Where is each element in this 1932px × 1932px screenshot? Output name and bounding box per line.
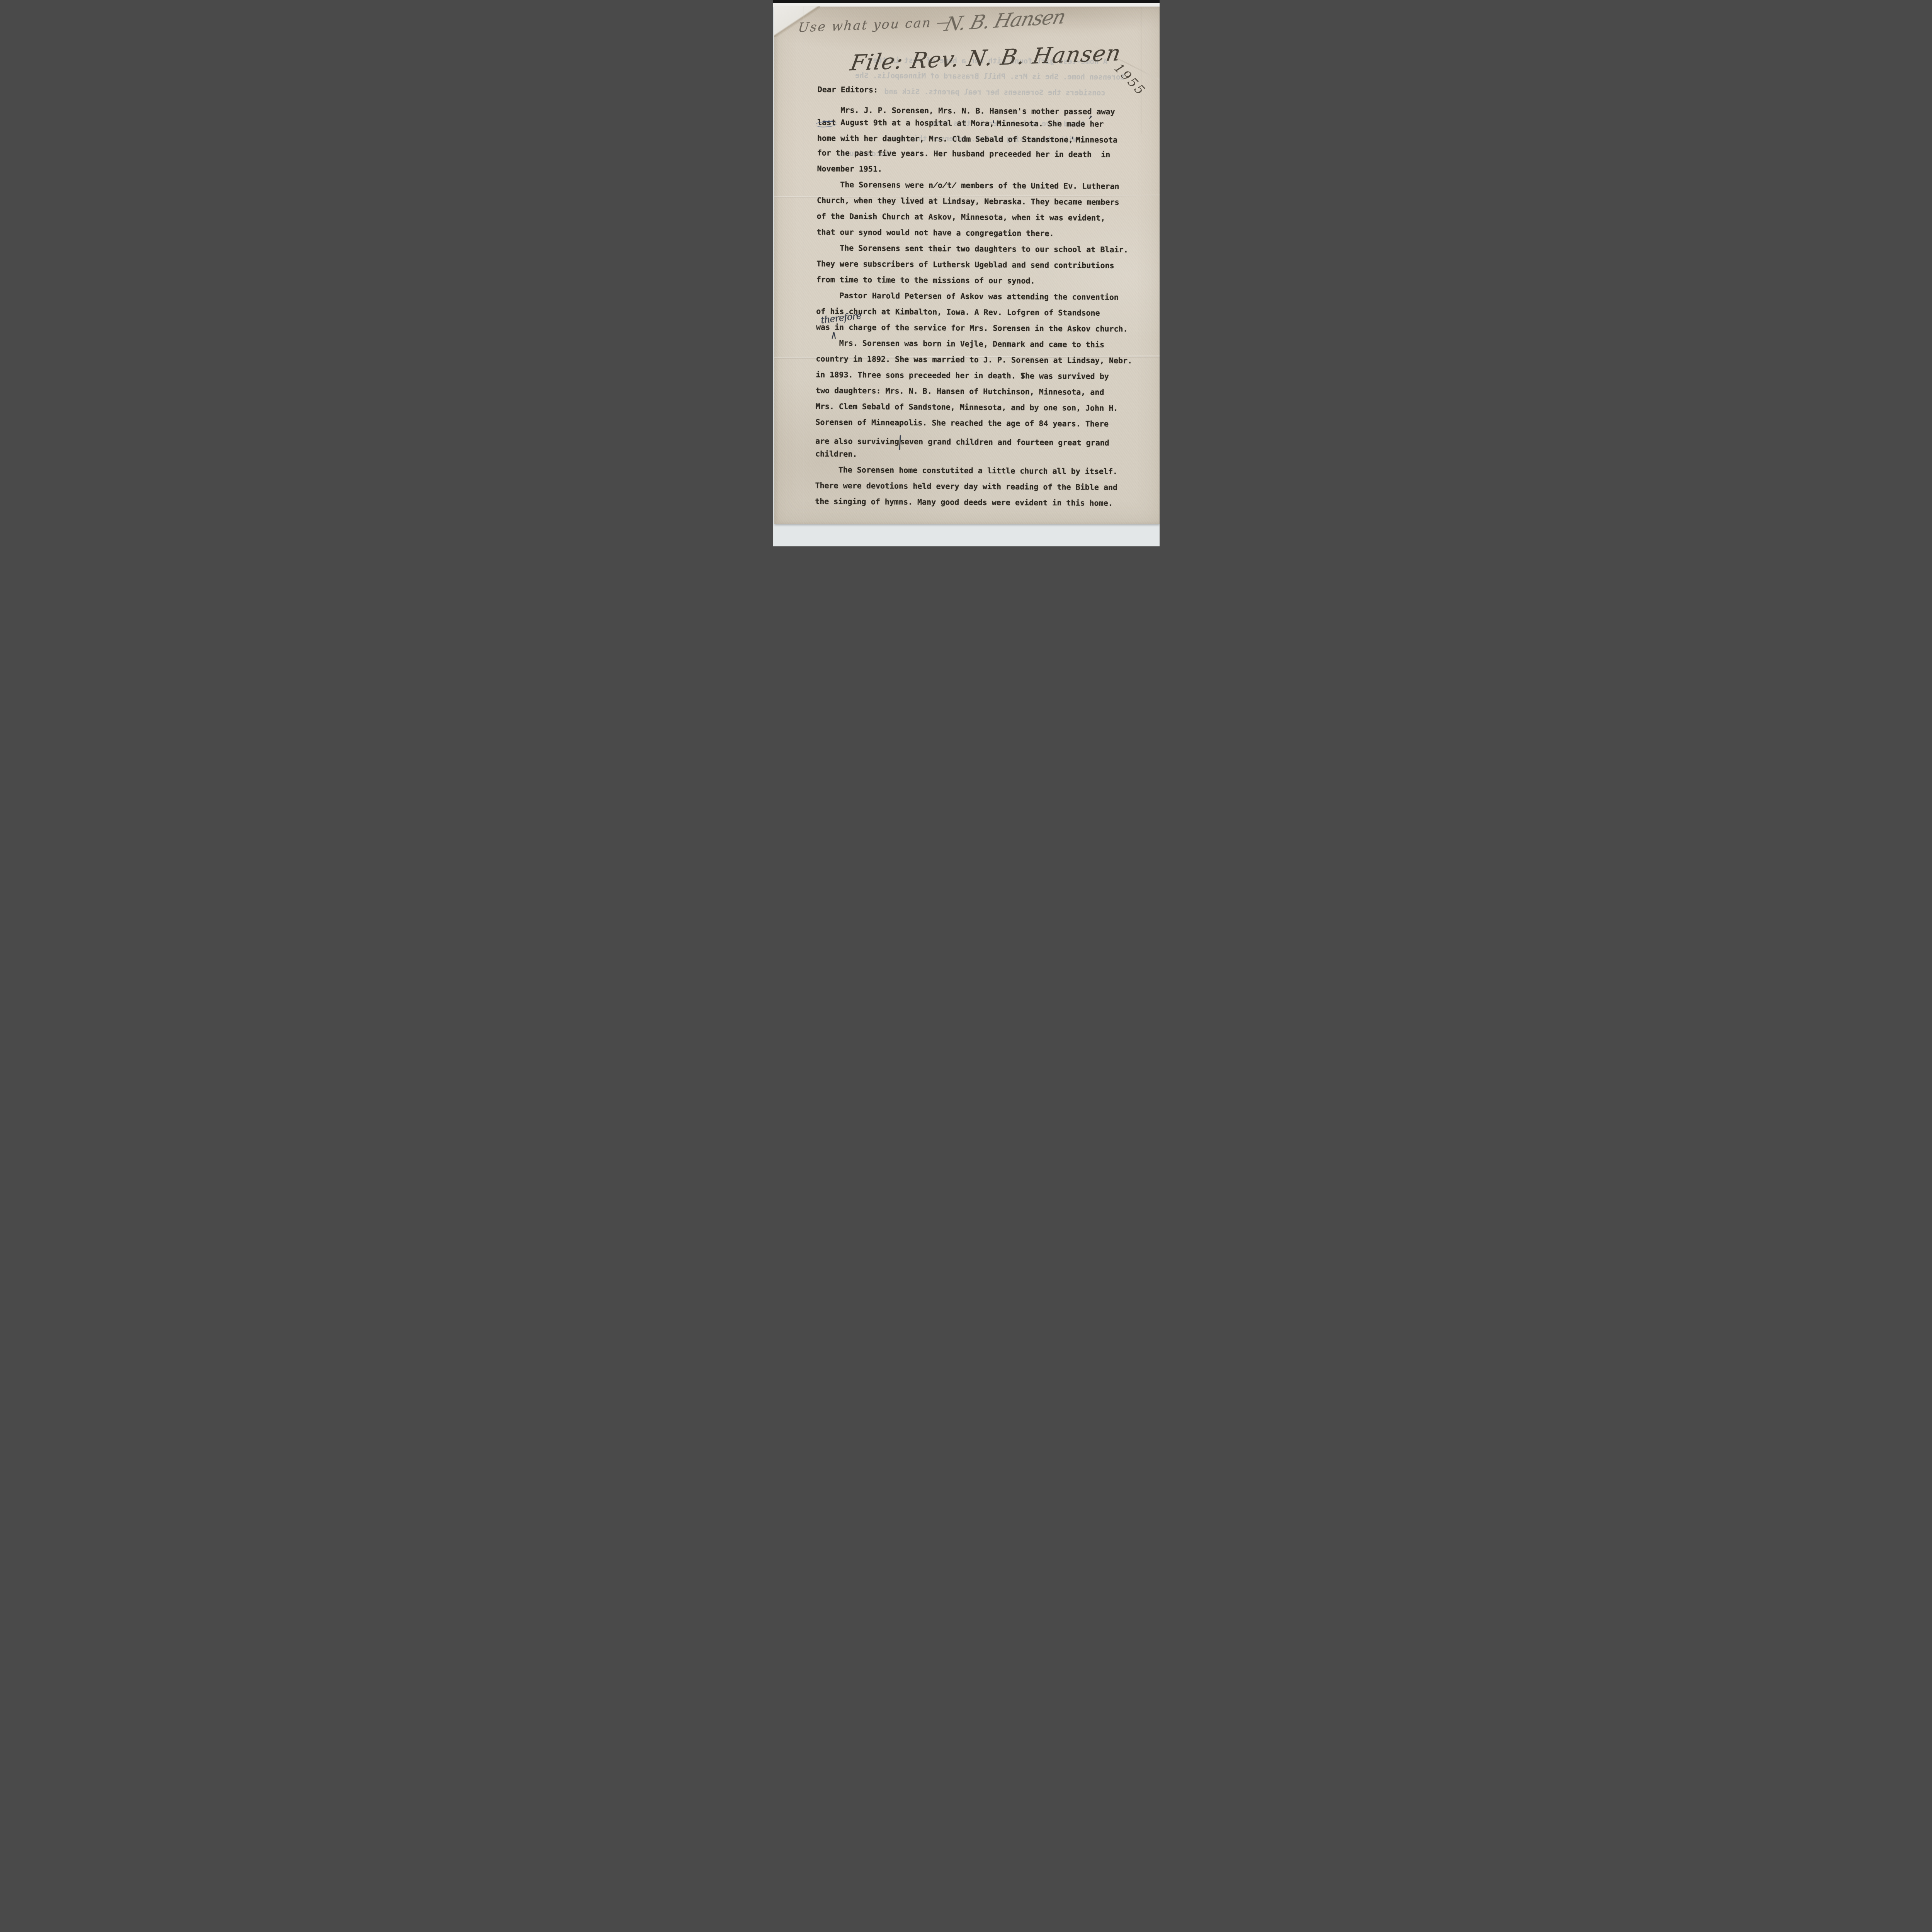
typed-text: for the past five years. Her husband pre… (817, 148, 1110, 159)
typed-line: Mrs. Clem Sebald of Sandstone, Minnesota… (815, 401, 1140, 419)
typed-text: Sorensen of Minneapolis. She reached the… (815, 417, 1109, 429)
letter-paper: A home-less girl found with her a home o… (774, 7, 1160, 524)
typed-text: Minnesota (1071, 135, 1117, 145)
typed-text: members of the United Ev. Lutheran (956, 181, 1119, 191)
typed-text: home with her daughter, Mrs. Cldm Sebald… (817, 133, 1073, 144)
typed-text: The Sorensens sent their two daughters t… (840, 243, 1128, 255)
typed-line: Church, when they lived at Lindsay, Nebr… (816, 196, 1141, 213)
pen-annotation: last (817, 117, 836, 127)
typed-text: The Sorensens were (840, 180, 929, 190)
typed-text: Pastor Harold Petersen of Askov was atte… (839, 291, 1119, 302)
typed-line: Dear Editors: (817, 85, 1142, 102)
typed-text: Dear Editors: (817, 85, 878, 94)
pen-annotation: ' (992, 119, 995, 129)
typed-text: away (1092, 107, 1115, 116)
typed-letter: Dear Editors:Mrs. J. P. Sorensen, Mrs. N… (815, 85, 1142, 514)
bleedthrough-layer: A home-less girl found with her a home o… (774, 7, 1160, 9)
typed-line: home with her daughter, Mrs. Cldm Sebald… (817, 132, 1141, 150)
typed-line: in 1893. Three sons preceeded her in dea… (816, 370, 1140, 388)
typed-text: Mrs. J. P. Sorensen, Mrs. N. B. Hansen's… (840, 105, 1092, 116)
file-note: File: Rev. N. B. Hansen (848, 41, 1123, 76)
typed-line: Mrs. Sorensen was born in Vejle, Denmark… (816, 338, 1140, 356)
typed-line: Mrs. J. P. Sorensen, Mrs. N. B. Hansen's… (817, 100, 1142, 118)
typed-text: Minnesota. She made her (992, 119, 1104, 129)
page-content: A home-less girl found with her a home o… (773, 7, 1160, 526)
typed-text: country in 1892. She was married to J. P… (816, 354, 1132, 365)
typed-text: from time to time to the missions of our… (816, 275, 1035, 285)
typed-text: of the Danish Church at Askov, Minnesota… (816, 211, 1105, 223)
typed-text: There were devotions held every day with… (815, 481, 1117, 492)
typed-line: for the past five years. Her husband pre… (817, 148, 1141, 166)
typed-line: was in charge of the service for Mrs. So… (816, 322, 1140, 340)
typed-text: The Sorensen home constutited a little c… (838, 465, 1117, 476)
typed-text: n̸o̸t̸ (928, 180, 956, 190)
typed-line: The Sorensens sent their two daughters t… (816, 243, 1141, 261)
typed-line: that our synod would not have a congrega… (816, 227, 1141, 245)
typed-line: children. (815, 449, 1139, 467)
typed-text: two daughters: Mrs. N. B. Hansen of Hutc… (815, 386, 1104, 397)
typed-text: in 1893. Three sons preceeded her in dea… (816, 370, 1020, 380)
typed-text: Church, when they lived at Lindsay, Nebr… (816, 196, 1119, 207)
pen-annotation: T (1020, 371, 1025, 381)
typed-line: from time to time to the missions of our… (816, 275, 1141, 293)
typed-line: Pastor Harold Petersen of Askov was atte… (816, 291, 1141, 308)
typed-text: the singing of hymns. Many good deeds we… (815, 497, 1113, 508)
typed-text: that our synod would not have a congrega… (816, 227, 1054, 238)
typed-line: two daughters: Mrs. N. B. Hansen of Hutc… (815, 386, 1140, 403)
typed-text: Mrs. Clem Sebald of Sandstone, Minnesota… (815, 401, 1118, 413)
typed-line: The Sorensen home constutited a little c… (815, 465, 1139, 483)
typed-line: Sorensen of Minneapolis. She reached the… (815, 417, 1140, 435)
typed-line: of the Danish Church at Askov, Minnesota… (816, 211, 1141, 229)
pen-annotation: ' (1071, 135, 1074, 146)
pencil-note: Use what you can — (797, 14, 951, 35)
typed-text: August 9th at a hospital at Mora, (836, 118, 994, 128)
typed-text: was in charge of the service for Mrs. So… (816, 322, 1128, 333)
typed-text: They were subscribers of Luthersk Ugebla… (816, 259, 1114, 270)
pen-annotation: | (897, 433, 902, 450)
typed-line: country in 1892. She was married to J. P… (816, 354, 1140, 372)
typed-line: of his church at Kimbalton, Iowa. A Rev.… (816, 306, 1141, 324)
pencil-signature: N. B. Hansen (942, 5, 1067, 36)
typed-line: November 1951. (817, 164, 1141, 182)
typed-text: Mrs. Sorensen was born in Vejle, Denmark… (839, 338, 1104, 349)
typed-text: November 1951. (817, 164, 882, 173)
typed-line: They were subscribers of Luthersk Ugebla… (816, 259, 1141, 277)
scanned-letter-sheet: A home-less girl found with her a home o… (773, 0, 1160, 546)
typed-line: the singing of hymns. Many good deeds we… (815, 497, 1139, 514)
typed-text: seven grand children and fourteen great … (900, 437, 1109, 447)
typed-text: children. (815, 449, 857, 459)
typed-text: he was survived by (1025, 371, 1109, 381)
typed-line: The Sorensens were n̸o̸t̸ members of the… (817, 180, 1141, 197)
typed-line: last August 9th at a hospital at Mora,' … (817, 116, 1142, 134)
typed-line: are also surviving|seven grand children … (815, 433, 1140, 451)
scan-edge-bar (773, 0, 1160, 3)
typed-text: are also surviving (815, 436, 899, 446)
typed-line: There were devotions held every day with… (815, 481, 1139, 498)
